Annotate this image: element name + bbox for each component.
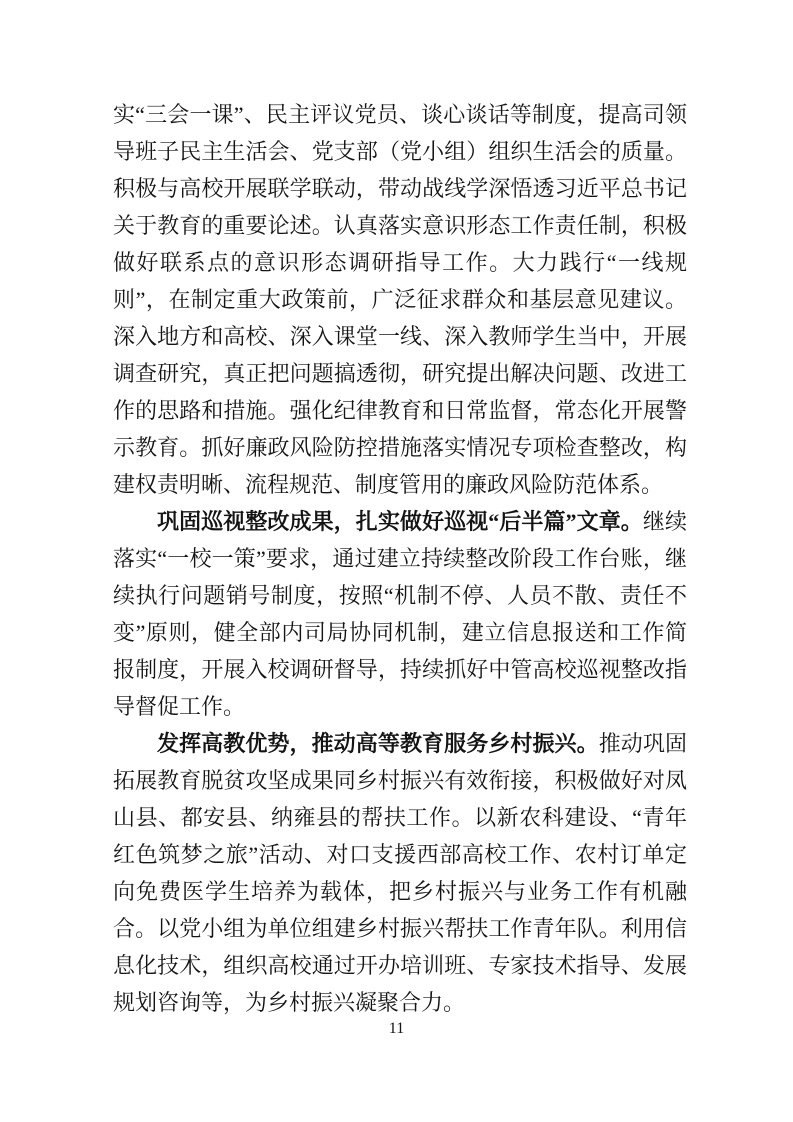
paragraph: 实“三会一课”、民主评议党员、谈心谈话等制度，提高司领导班子民主生活会、党支部（…	[113, 96, 687, 503]
paragraph-text: 实“三会一课”、民主评议党员、谈心谈话等制度，提高司领导班子民主生活会、党支部（…	[113, 102, 687, 497]
paragraph: 巩固巡视整改成果，扎实做好巡视“后半篇”文章。继续落实“一校一策”要求，通过建立…	[113, 503, 687, 725]
document-body: 实“三会一课”、民主评议党员、谈心谈话等制度，提高司领导班子民主生活会、党支部（…	[113, 96, 687, 1021]
paragraph-text: 推动巩固拓展教育脱贫攻坚成果同乡村振兴有效衔接，积极做好对凤山县、都安县、纳雍县…	[113, 731, 687, 1015]
document-page: 实“三会一课”、民主评议党员、谈心谈话等制度，提高司领导班子民主生活会、党支部（…	[0, 0, 793, 1122]
paragraph-bold-lead: 巩固巡视整改成果，扎实做好巡视“后半篇”文章。	[157, 509, 643, 534]
paragraph-text: 继续落实“一校一策”要求，通过建立持续整改阶段工作台账，继续执行问题销号制度，按…	[113, 509, 687, 719]
paragraph-bold-lead: 发挥高教优势，推动高等教育服务乡村振兴。	[157, 731, 599, 756]
page-number: 11	[0, 1018, 793, 1040]
paragraph: 发挥高教优势，推动高等教育服务乡村振兴。推动巩固拓展教育脱贫攻坚成果同乡村振兴有…	[113, 725, 687, 1021]
